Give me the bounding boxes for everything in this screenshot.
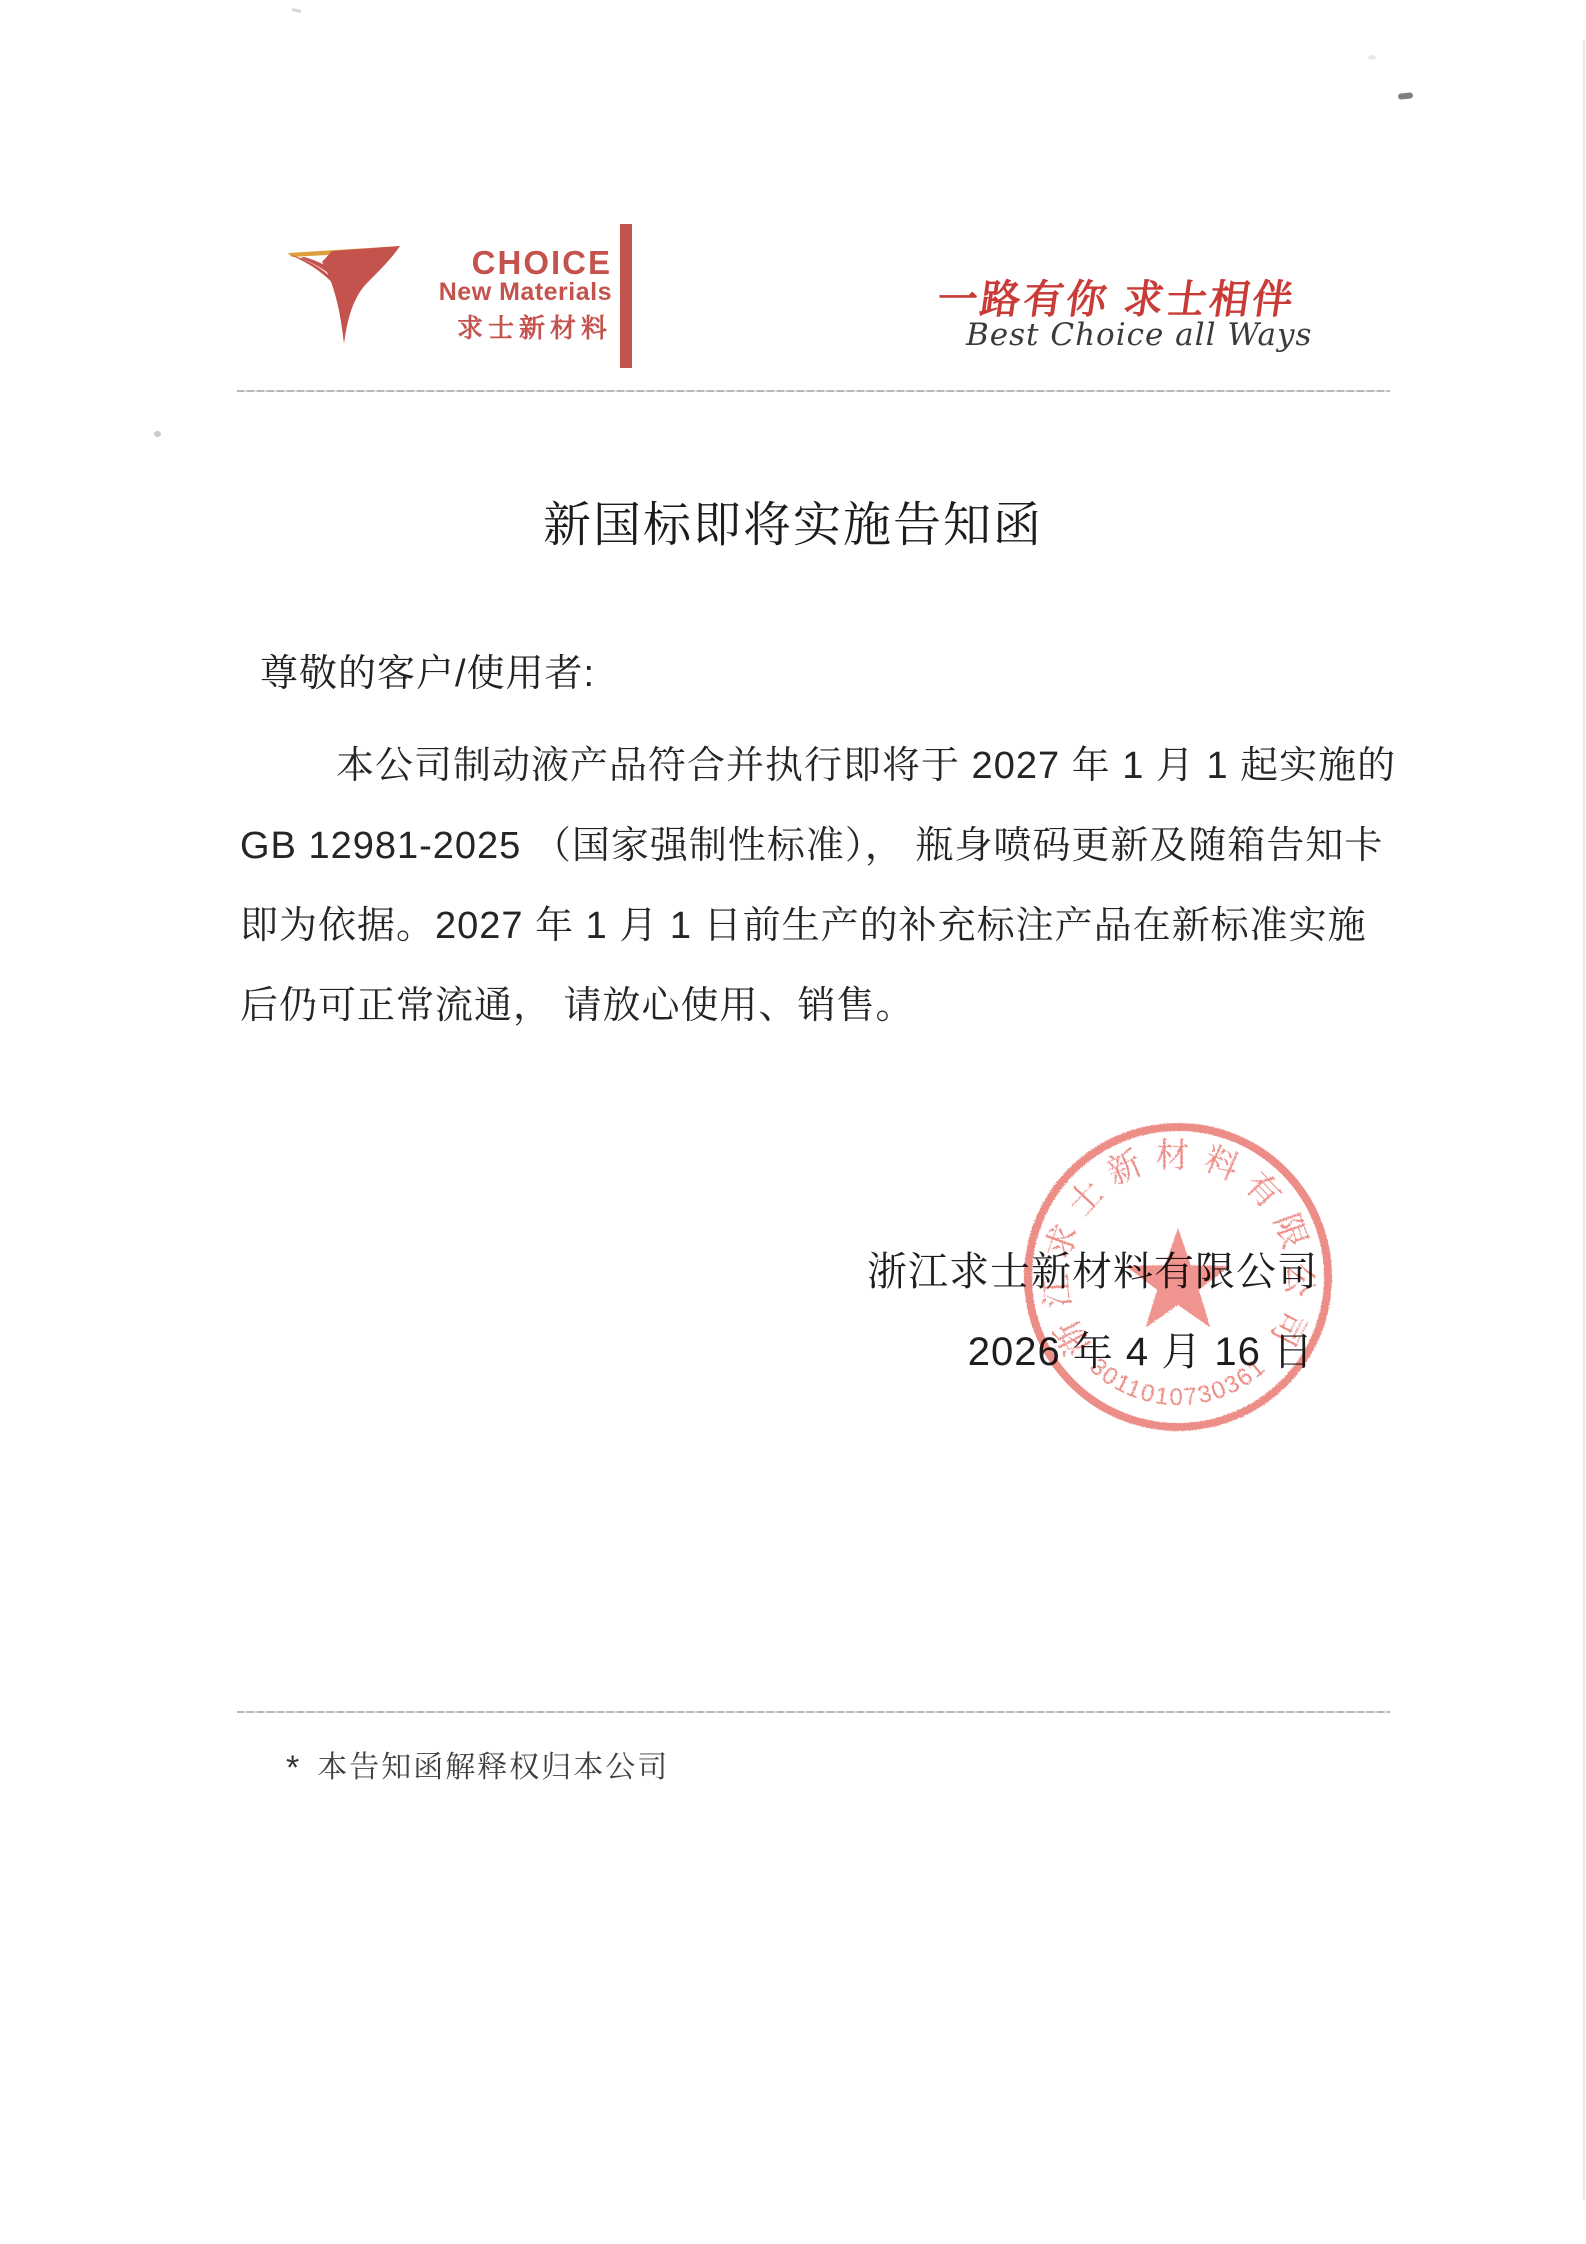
asterisk-marker: *: [286, 1749, 301, 1787]
footnote: *本告知函解释权归本公司: [286, 1742, 669, 1788]
letter-body: 本公司制动液产品符合并执行即将于 2027 年 1 月 1 起实施的 GB 12…: [240, 726, 1350, 1046]
company-logo-text: CHOICE New Materials 求士新材料: [420, 247, 612, 341]
letter-title: 新国标即将实施告知函: [180, 486, 1406, 555]
scan-artifact: [1368, 55, 1376, 60]
scan-artifact: [292, 8, 301, 13]
footnote-text: 本告知函解释权归本公司: [317, 1751, 669, 1784]
scan-artifact: [1398, 92, 1414, 100]
company-seal-stamp-icon: 浙江求士新材料有限公司 3011010730361: [1020, 1119, 1336, 1435]
seal-serial-number: 3011010730361: [1084, 1353, 1271, 1411]
letter-page: CHOICE New Materials 求士新材料 一路有你 求士相伴 Bes…: [0, 0, 1586, 2244]
salutation: 尊敬的客户/使用者:: [260, 642, 595, 697]
scan-edge-line: [1583, 40, 1585, 2200]
brand-name: CHOICE: [420, 247, 612, 278]
slogan-english: Best Choice all Ways: [966, 317, 1312, 353]
body-line: GB 12981-2025 （国家强制性标准）， 瓶身喷码更新及随箱告知卡: [240, 806, 1350, 886]
logo-divider-bar: [620, 224, 632, 368]
brand-name-chinese: 求士新材料: [420, 315, 612, 341]
company-logo-swoosh-icon: [278, 244, 406, 348]
body-line: 后仍可正常流通， 请放心使用、销售。: [240, 966, 1350, 1046]
body-line: 即为依据。2027 年 1 月 1 日前生产的补充标注产品在新标准实施: [240, 886, 1350, 966]
seal-star-icon: [1126, 1228, 1231, 1328]
header-divider-line: [237, 390, 1390, 392]
footer-divider-line: [237, 1711, 1390, 1713]
svg-text:3011010730361: 3011010730361: [1084, 1353, 1271, 1411]
scan-artifact: [154, 431, 161, 437]
brand-subtitle: New Materials: [420, 278, 612, 306]
body-line: 本公司制动液产品符合并执行即将于 2027 年 1 月 1 起实施的: [240, 726, 1350, 806]
